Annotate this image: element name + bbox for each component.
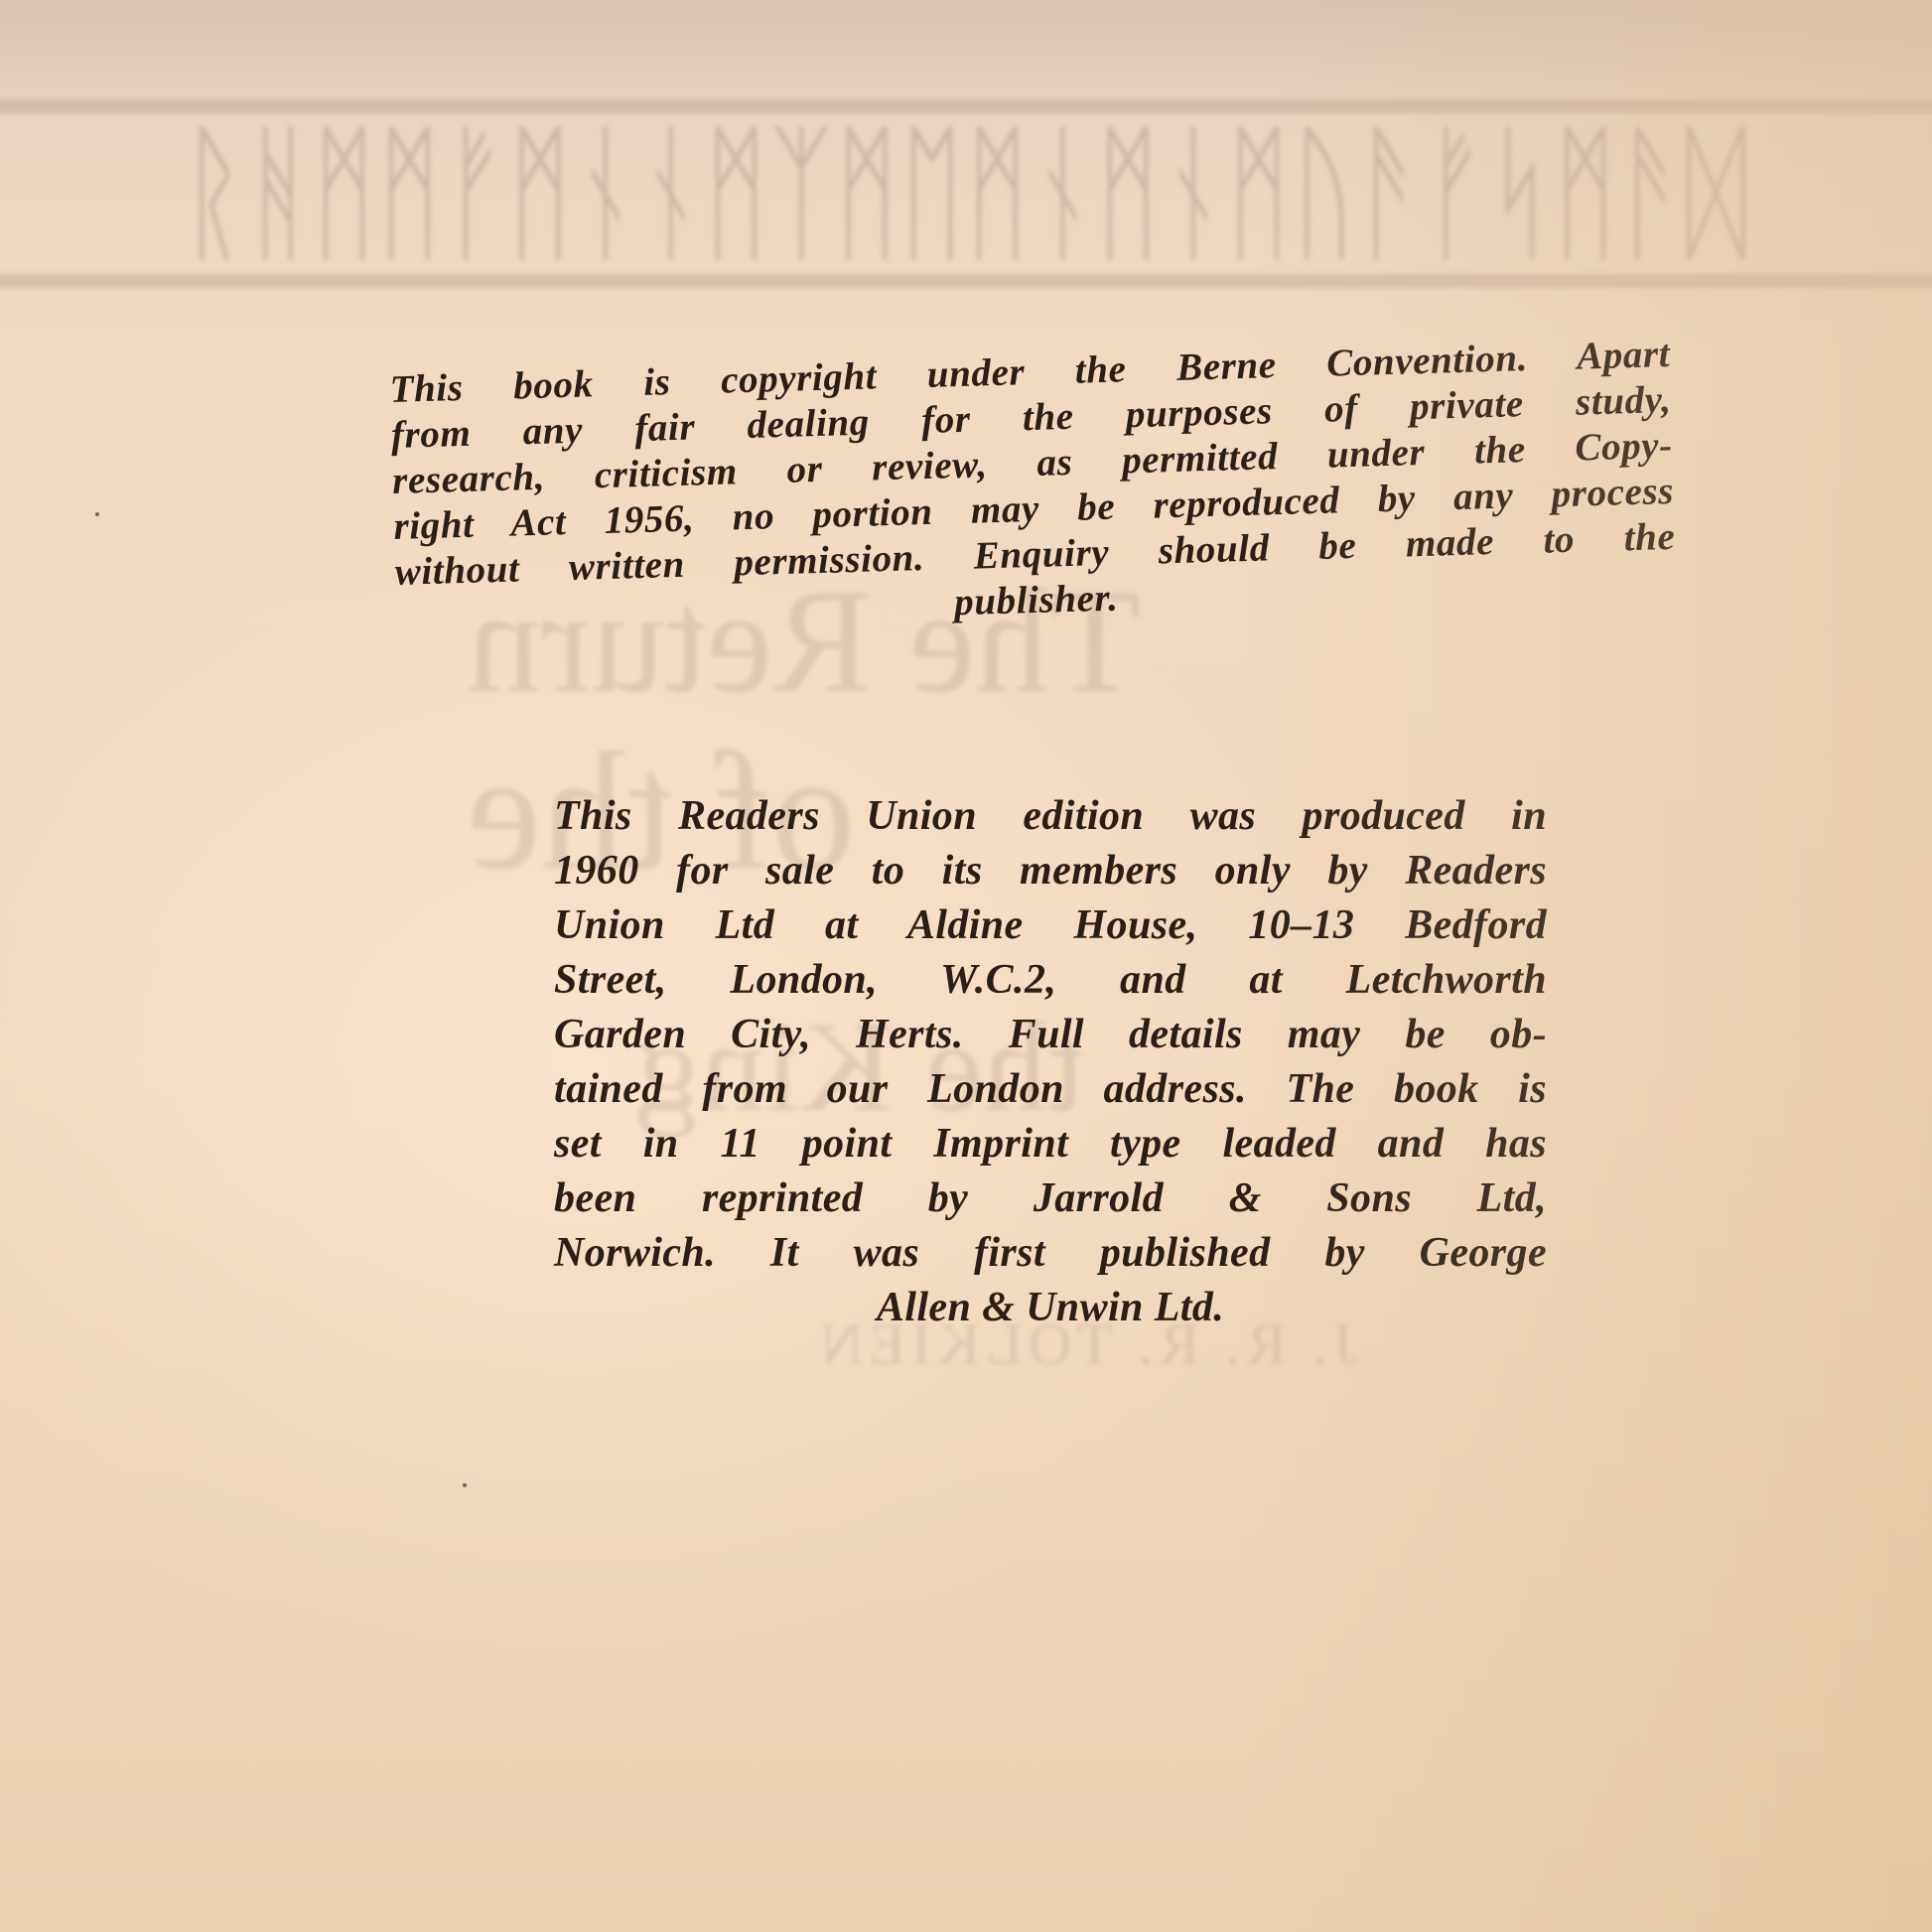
book-page: ᚱᚻᛗᛗᚠᛗᚾᚾᛗᛉᛗᛖᛗᚾᛗᚾᛗᚢᚫᚠᛋᛗᚫᛞ The Return of t… [0, 0, 1932, 1932]
colophon-line: Garden City, Herts. Full details may be … [554, 1008, 1547, 1062]
edition-colophon: This Readers Union edition was produced … [554, 789, 1547, 1335]
rune-border-bleed-through: ᚱᚻᛗᛗᚠᛗᚾᚾᛗᛉᛗᛖᛗᚾᛗᚾᛗᚢᚫᚠᛋᛗᚫᛞ [0, 99, 1932, 288]
rune-text: ᚱᚻᛗᛗᚠᛗᚾᚾᛗᛉᛗᛖᛗᚾᛗᚾᛗᚢᚫᚠᛋᛗᚫᛞ [182, 119, 1749, 268]
paper-speck [463, 1483, 467, 1487]
colophon-line: Union Ltd at Aldine House, 10–13 Bedford [554, 898, 1547, 953]
colophon-line: tained from our London address. The book… [554, 1062, 1547, 1117]
copyright-notice: This book is copyright under the Berne C… [389, 332, 1677, 641]
colophon-line: Allen & Unwin Ltd. [554, 1281, 1547, 1335]
colophon-line: Street, London, W.C.2, and at Letchworth [554, 953, 1547, 1008]
colophon-line: This Readers Union edition was produced … [554, 789, 1547, 844]
paper-speck [95, 512, 99, 516]
colophon-line: set in 11 point Imprint type leaded and … [554, 1117, 1547, 1172]
colophon-line: been reprinted by Jarrold & Sons Ltd, [554, 1172, 1547, 1226]
colophon-line: 1960 for sale to its members only by Rea… [554, 844, 1547, 898]
colophon-line: Norwich. It was first published by Georg… [554, 1226, 1547, 1281]
